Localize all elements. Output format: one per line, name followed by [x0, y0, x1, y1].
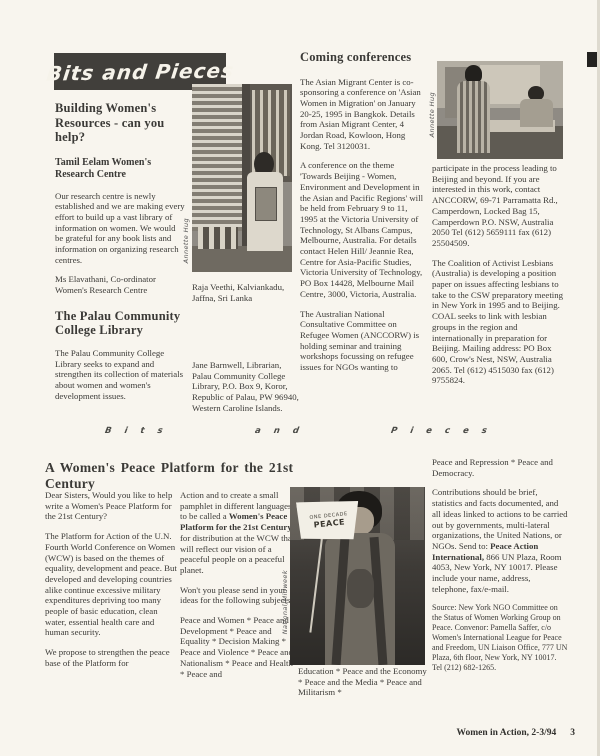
- photo-office-meeting: [437, 61, 563, 159]
- paragraph: Peace and Repression * Peace and Democra…: [432, 457, 568, 478]
- heading-palau-library: The Palau Community College Library: [55, 309, 185, 338]
- column-peace-1: Dear Sisters, Would you like to help wri…: [45, 490, 177, 678]
- divider-word: and: [254, 426, 313, 436]
- photo-detail-person2-body: [520, 99, 553, 126]
- source-note: Source: New York NGO Committee on the St…: [432, 603, 568, 673]
- paragraph: Dear Sisters, Would you like to help wri…: [45, 490, 177, 522]
- column-peace-3: Education * Peace and the Economy * Peac…: [298, 666, 428, 707]
- paragraph: A conference on the theme 'Towards Beiji…: [300, 160, 424, 299]
- caption-raja-veethi: Raja Veethi, Kalviankadu, Jaffna, Sri La…: [192, 282, 300, 303]
- photo-detail-blinds: [192, 84, 244, 231]
- paragraph-with-bold: Contributions should be brief, statistic…: [432, 487, 568, 594]
- paragraph-with-bold: Action and to create a small pamphlet in…: [180, 490, 298, 576]
- divider-word: Pieces: [390, 426, 501, 436]
- paragraph: The Platform for Action of the U.N. Four…: [45, 531, 177, 638]
- paragraph: The Asian Migrant Center is co-sponsorin…: [300, 77, 424, 152]
- bits-and-pieces-divider: Bits and Pieces: [105, 426, 500, 436]
- photo-child-peace-flag: ONE DECADE PEACE: [290, 487, 425, 665]
- column-building-resources: Building Women's Resources - can you hel…: [55, 101, 185, 410]
- photo-credit-annette-hug-1: Annette Hug: [182, 218, 190, 263]
- paragraph: We propose to strengthen the peace base …: [45, 647, 177, 668]
- caption-jane-barnwell: Jane Barnwell, Librarian, Palau Communit…: [192, 360, 302, 414]
- registration-mark: [587, 52, 598, 67]
- photo-detail-bookstack: [198, 227, 238, 250]
- column-anccorw-coal: participate in the process leading to Be…: [432, 163, 564, 395]
- photo-credit-annette-hug-2: Annette Hug: [428, 92, 436, 137]
- heading-building-resources: Building Women's Resources - can you hel…: [55, 101, 185, 145]
- photo-detail-person1-body: [457, 81, 490, 154]
- divider-word: Bits: [104, 426, 176, 436]
- paragraph: The Coalition of Activist Lesbians (Aust…: [432, 258, 564, 386]
- pennant-text-peace: PEACE: [313, 518, 345, 530]
- magazine-page: Bits and Pieces Building Women's Resourc…: [0, 0, 600, 756]
- heading-coming-conferences: Coming conferences: [300, 50, 424, 65]
- peace-pennant-flag: ONE DECADE PEACE: [296, 496, 362, 545]
- page-number: 3: [570, 728, 575, 738]
- photo-detail-person1-head: [465, 65, 483, 83]
- photo-library: [192, 84, 292, 272]
- subheading-tamil-eelam: Tamil Eelam Women's Research Centre: [55, 157, 185, 181]
- photo-detail-shirt-print: [347, 569, 374, 608]
- paragraph: The Palau Community College Library seek…: [55, 348, 185, 402]
- column-peace-4: Peace and Repression * Peace and Democra…: [432, 457, 568, 682]
- paragraph: participate in the process leading to Be…: [432, 163, 564, 249]
- page-footer: Women in Action, 2-3/943: [350, 728, 575, 738]
- paragraph: The Australian National Consultative Com…: [300, 309, 424, 373]
- column-coming-conferences: Coming conferences The Asian Migrant Cen…: [300, 50, 424, 382]
- journal-issue: Women in Action, 2-3/94: [456, 728, 556, 738]
- photo-credit-national-midweek: National/Midweek: [281, 570, 289, 634]
- logo-text: Bits and Pieces: [45, 58, 235, 85]
- paragraph: Our research centre is newly established…: [55, 191, 185, 266]
- paragraph: Education * Peace and the Economy * Peac…: [298, 666, 428, 698]
- photo-detail-held-book: [255, 187, 277, 221]
- text-run: for distribution at the WCW that will re…: [180, 533, 294, 575]
- paragraph: Ms Elavathani, Co-ordinator Women's Rese…: [55, 274, 185, 295]
